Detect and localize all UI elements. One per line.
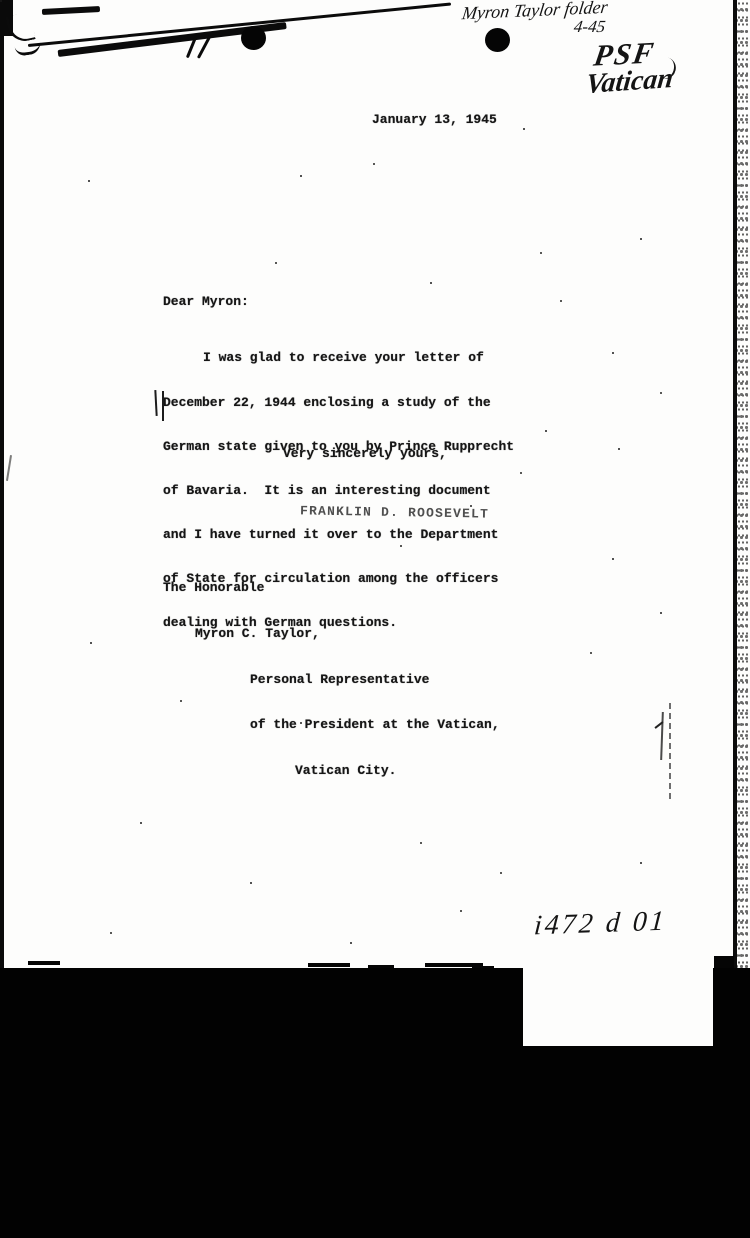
scan-scribble-mark bbox=[14, 40, 42, 56]
address-line: Personal Representative bbox=[163, 672, 500, 687]
margin-emphasis-mark bbox=[154, 390, 157, 416]
scan-noise-speckles bbox=[0, 0, 2, 2]
scan-black-area bbox=[0, 968, 750, 1238]
letter-body-line: I was glad to receive your letter of bbox=[163, 351, 514, 366]
scan-left-edge-line bbox=[0, 0, 4, 970]
letter-body-line: December 22, 1944 enclosing a study of t… bbox=[163, 396, 514, 411]
scan-white-notch bbox=[523, 968, 713, 1046]
hole-punch-right bbox=[485, 28, 510, 52]
address-line: Myron C. Taylor, bbox=[163, 626, 500, 641]
letter-body-line: and I have turned it over to the Departm… bbox=[163, 528, 514, 543]
letter-date: January 13, 1945 bbox=[372, 112, 497, 127]
hole-punch-left bbox=[241, 26, 266, 50]
handwritten-vatican-label: Vatican bbox=[584, 63, 674, 101]
scan-streak bbox=[42, 6, 100, 15]
address-line: of the President at the Vatican, bbox=[163, 717, 500, 732]
scan-scribble-mark bbox=[5, 12, 35, 45]
handwritten-reference-number: i472 d 01 bbox=[533, 906, 668, 943]
letter-salutation: Dear Myron: bbox=[163, 294, 249, 309]
pencil-mark bbox=[660, 712, 664, 760]
address-line: Vatican City. bbox=[163, 763, 500, 778]
letter-address-block: The Honorable Myron C. Taylor, Personal … bbox=[163, 550, 500, 808]
letter-closing: Very sincerely yours, bbox=[283, 446, 447, 461]
handwritten-folder-number: 4-45 bbox=[573, 17, 607, 37]
letter-body-line: of Bavaria. It is an interesting documen… bbox=[163, 484, 514, 499]
scan-edge-dash bbox=[308, 963, 350, 967]
margin-emphasis-mark bbox=[162, 391, 164, 421]
pencil-mark bbox=[6, 455, 12, 481]
scan-edge-dash bbox=[714, 956, 734, 968]
scan-edge-dash bbox=[28, 961, 60, 965]
pencil-mark bbox=[669, 703, 671, 799]
scanned-letter-page: Myron Taylor folder 4-45 PSF Vatican Jan… bbox=[0, 0, 750, 1238]
scan-right-edge-noise bbox=[737, 0, 750, 968]
address-line: The Honorable bbox=[163, 580, 500, 595]
